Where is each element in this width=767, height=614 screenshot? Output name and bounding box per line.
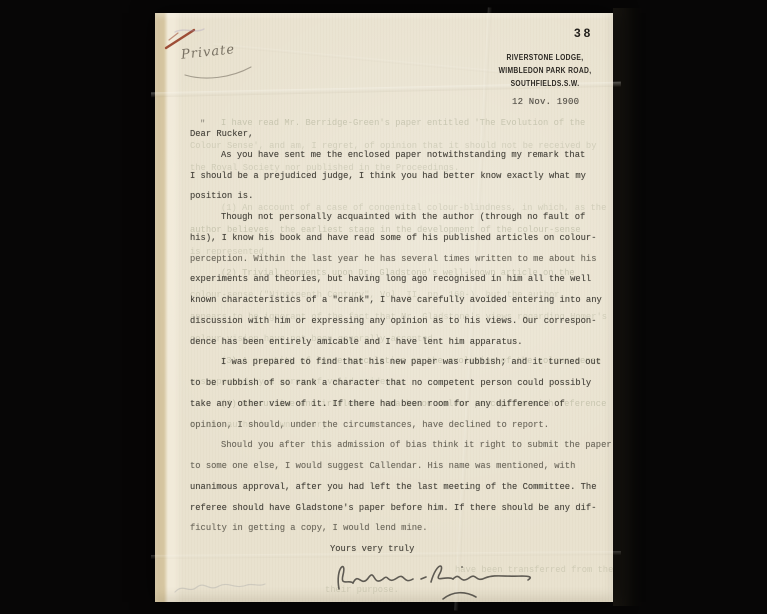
letter-body: Dear Rucker, As you have sent me the enc… xyxy=(190,124,610,560)
letter-line: discussion with him or expressing any op… xyxy=(190,311,610,332)
letter-line: his), I know his book and have read some… xyxy=(190,228,610,249)
letter-line: take any other view of it. If there had … xyxy=(190,394,610,415)
letter-line: position is. xyxy=(190,186,610,207)
date-line: 12 Nov. 1900 xyxy=(512,97,579,107)
letter-line: to some one else, I would suggest Callen… xyxy=(190,456,610,477)
page-number: 38 xyxy=(574,26,593,40)
salutation: Dear Rucker, xyxy=(190,124,610,145)
letter-line: referee should have Gladstone's paper be… xyxy=(190,498,610,519)
letter-line: Though not personally acquainted with th… xyxy=(190,207,610,228)
letterhead-line: SOUTHFIELDS.S.W. xyxy=(486,77,604,90)
letter-line: known characteristics of a "crank", I ha… xyxy=(190,290,610,311)
letter-line: I should be a prejudiced judge, I think … xyxy=(190,166,610,187)
letter-line: I was prepared to find that his new pape… xyxy=(190,352,610,373)
paper-edge-shadow xyxy=(613,8,643,606)
scan-background: 38 Private " RIVERSTONE LODGE,WIMBLEDON … xyxy=(0,0,767,614)
letter-lines: As you have sent me the enclosed paper n… xyxy=(190,145,610,539)
letter-line: to be rubbish of so rank a character tha… xyxy=(190,373,610,394)
bleedthrough-handwriting xyxy=(173,577,268,599)
letter-line: Should you after this admission of bias … xyxy=(190,435,610,456)
letter-line: unanimous approval, after you had left t… xyxy=(190,477,610,498)
letter-line: perception. Within the last year he has … xyxy=(190,249,610,270)
letter-line: As you have sent me the enclosed paper n… xyxy=(190,145,610,166)
letterhead-line: WIMBLEDON PARK ROAD, xyxy=(486,64,604,77)
private-underline-flourish xyxy=(181,51,261,81)
private-annotation: Private xyxy=(181,43,267,79)
letterhead: RIVERSTONE LODGE,WIMBLEDON PARK ROAD,SOU… xyxy=(475,51,615,90)
letter-page: 38 Private " RIVERSTONE LODGE,WIMBLEDON … xyxy=(155,13,613,602)
letter-line: ficulty in getting a copy, I would lend … xyxy=(190,518,610,539)
letter-line: dence has been entirely amicable and I h… xyxy=(190,332,610,353)
letter-line: experiments and theories, but having lon… xyxy=(190,269,610,290)
letter-line: opinion, I should, under the circumstanc… xyxy=(190,415,610,436)
letterhead-line: RIVERSTONE LODGE, xyxy=(486,51,604,64)
signature-shelford-bidwell xyxy=(325,549,545,609)
